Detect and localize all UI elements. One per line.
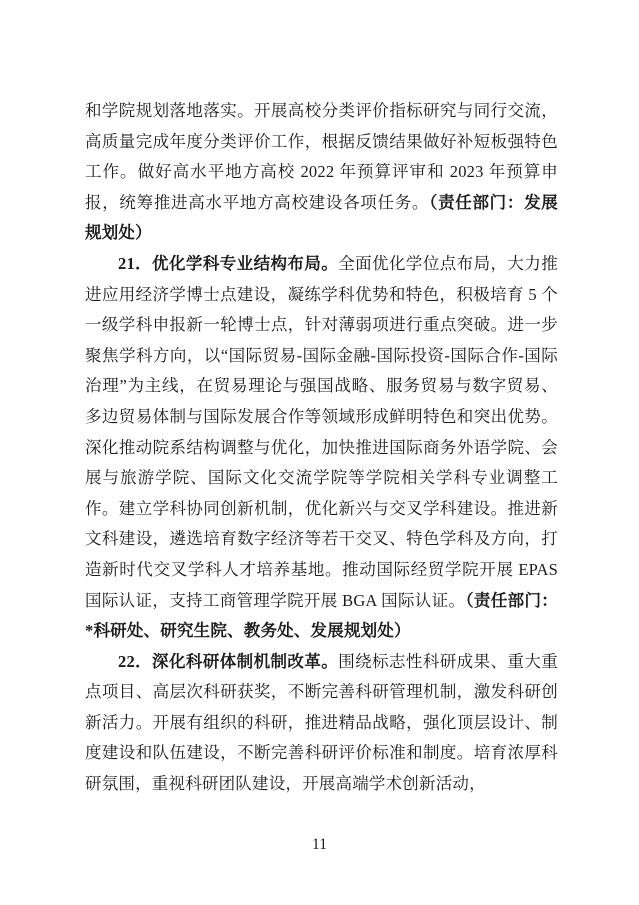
paragraph-continuation: 和学院规划落地落实。开展高校分类评价指标研究与同行交流，高质量完成年度分类评价工… — [85, 96, 558, 249]
document-page: 和学院规划落地落实。开展高校分类评价指标研究与同行交流，高质量完成年度分类评价工… — [0, 0, 639, 905]
page-content: 和学院规划落地落实。开展高校分类评价指标研究与同行交流，高质量完成年度分类评价工… — [85, 96, 558, 800]
paragraph-item-22: 22．深化科研体制机制改革。围绕标志性科研成果、重大重点项目、高层次科研获奖，不… — [85, 647, 558, 800]
item-21-body-text: 全面优化学位点布局，大力推进应用经济学博士点建设，凝练学科优势和特色，积极培育 … — [85, 254, 558, 610]
item-22-body-text: 围绕标志性科研成果、重大重点项目、高层次科研获奖，不断完善科研管理机制，激发科研… — [85, 652, 558, 793]
item-21-heading: 21．优化学科专业结构布局。 — [118, 254, 338, 273]
page-number: 11 — [0, 835, 639, 855]
paragraph-item-21: 21．优化学科专业结构布局。全面优化学位点布局，大力推进应用经济学博士点建设，凝… — [85, 249, 558, 647]
item-22-heading: 22．深化科研体制机制改革。 — [118, 652, 338, 671]
